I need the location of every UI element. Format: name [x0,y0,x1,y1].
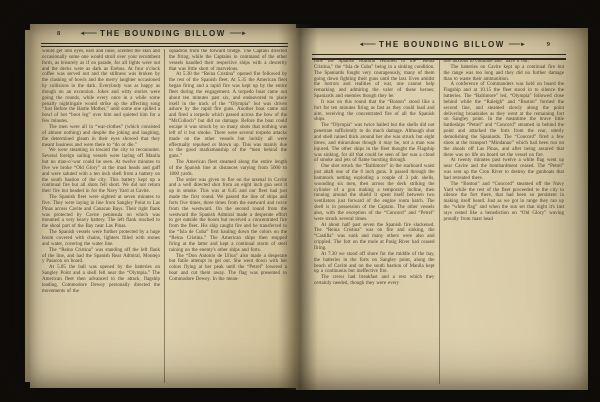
paragraph: At 5.30 the “Reina Cristina” opened fire… [169,72,287,160]
paragraph: The “Reina Cristina” was standing off th… [42,248,160,266]
paragraph: The “Olympia” was twice hailed but the s… [314,123,435,164]
paragraph: At 5.05 the ball was opened by the batte… [42,265,160,294]
paragraph: The “Don Antonio de Ulloa” also made a d… [169,254,287,283]
right-page-header: ◄═══ THE BOUNDING BILLOW ═══► [296,40,588,49]
paragraph: The Spanish vessels were further protect… [42,230,160,248]
paragraph: The order was given to fire on the arsen… [169,178,287,254]
paragraph: would get into eyes, ears and nose, scen… [42,49,160,125]
header-arrow-left-icon: ◄═══ [79,31,96,37]
paragraph: The Spanish fleet were sighted at seven … [42,195,160,230]
paragraph: The batteries on Cavite kept up a contin… [444,65,565,83]
masthead-title: THE BOUNDING BILLOW [100,29,226,38]
right-page: 9 ◄═══ THE BOUNDING BILLOW ═══► time the… [296,28,588,390]
header-arrow-left-icon: ◄═══ [358,42,375,48]
left-page-header: ◄═══ THE BOUNDING BILLOW ═══► [30,29,296,38]
header-arrow-right-icon: ═══► [230,31,247,37]
right-page-columns: time the Spanish Admiral returned to the… [310,59,568,384]
paragraph: One shot struck the “Baltimore” in the s… [314,164,435,222]
text-column: would get into eyes, ears and nose, scen… [38,49,164,383]
paragraph: At 7.30 we stood off shore for the middl… [314,252,435,275]
paragraph: At about half past seven the Spanish fir… [314,223,435,252]
text-column: time the Spanish Admiral returned to the… [310,59,439,384]
paragraph: The “Boston” and “Concord” steamed off t… [444,182,565,223]
paragraph: The men were all in “war-clothes” (which… [42,125,160,148]
left-page-columns: would get into eyes, ears and nose, scen… [38,49,291,383]
paragraph: We were steaming in toward the city to r… [42,148,160,195]
scanned-book-photo: 8 ◄═══ THE BOUNDING BILLOW ═══► would ge… [0,0,600,402]
paragraph: The crews had breakfast and a rest which… [314,275,435,287]
paragraph: time the Spanish Admiral returned to the… [314,59,435,100]
left-page: 8 ◄═══ THE BOUNDING BILLOW ═══► would ge… [30,24,296,388]
paragraph: squadron from the forward bridge. The Ca… [169,49,287,72]
paragraph: It was on this round that the “Boston” s… [314,100,435,123]
text-column: squadron from the forward bridge. The Ca… [164,49,291,383]
paragraph: A conference of Commanders was held on b… [444,82,565,158]
paragraph: The American fleet steamed along the ent… [169,160,287,178]
paragraph: At twenty minutes past twelve a white fl… [444,158,565,181]
header-arrow-right-icon: ═══► [509,42,526,48]
header-rule [41,43,288,47]
text-column: one anxious to continue and “have it out… [439,59,569,384]
masthead-title: THE BOUNDING BILLOW [379,40,505,49]
